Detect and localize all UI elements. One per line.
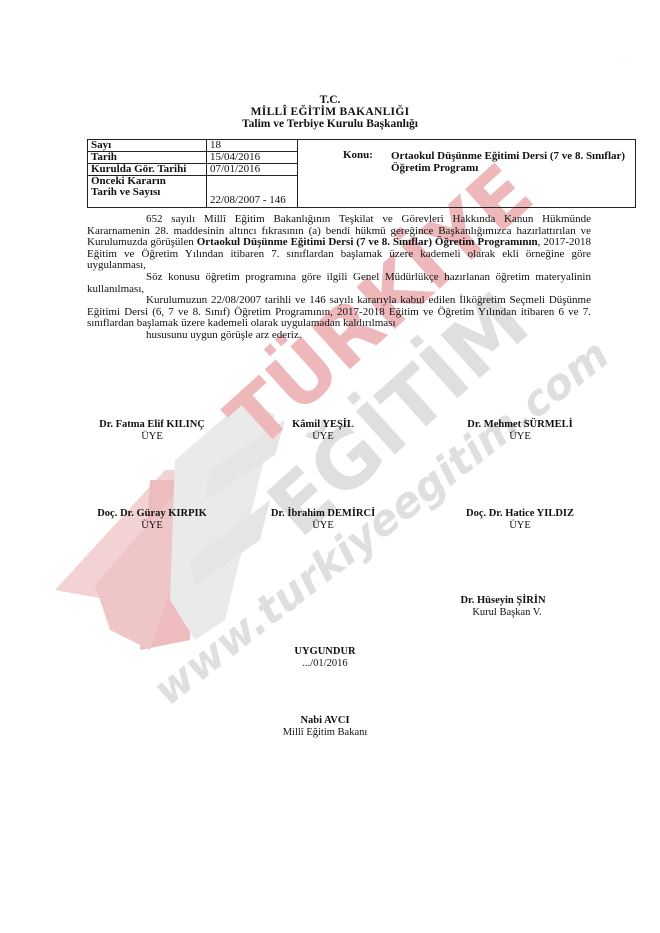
signatory-name: Dr. Fatma Elif KILINÇ <box>62 419 242 431</box>
signatory-name: Dr. İbrahim DEMİRCİ <box>233 508 413 520</box>
approval-date: .../01/2016 <box>235 658 415 670</box>
signature-block: Doç. Dr. Hatice YILDIZ ÜYE <box>430 508 610 531</box>
value-kurulda-gor-tarihi: 07/01/2016 <box>207 164 298 176</box>
value-sayi: 18 <box>207 140 298 152</box>
header-ministry: MİLLÎ EĞİTİM BAKANLIĞI <box>0 106 660 118</box>
minister-signature-block: Nabi AVCI Millî Eğitim Bakanı <box>235 715 415 738</box>
signatory-name: Doç. Dr. Hatice YILDIZ <box>430 508 610 520</box>
signature-block: Kâmil YEŞİL ÜYE <box>233 419 413 442</box>
document-page: · · T.C. MİLLÎ EĞİTİM BAKANLIĞI Talim ve… <box>0 0 660 933</box>
konu-text: Ortaokul Düşünme Eğitimi Dersi (7 ve 8. … <box>391 150 631 174</box>
paragraph-1: 652 sayılı Millî Eğitim Bakanlığının Teş… <box>87 214 591 272</box>
signatory-title: ÜYE <box>430 431 610 443</box>
label-tarih: Tarih <box>88 152 207 164</box>
approval-block: UYGUNDUR .../01/2016 <box>235 646 415 669</box>
label-kurulda-gor-tarihi: Kurulda Gör. Tarihi <box>88 164 207 176</box>
paragraph-2: Söz konusu öğretim programına göre ilgil… <box>87 272 591 295</box>
chair-name: Dr. Hüseyin ŞİRİN <box>428 595 578 607</box>
signature-block: Dr. İbrahim DEMİRCİ ÜYE <box>233 508 413 531</box>
approval-label: UYGUNDUR <box>235 646 415 658</box>
signature-block: Dr. Mehmet SÜRMELİ ÜYE <box>430 419 610 442</box>
closing-line: hususunu uygun görüşle arz ederiz. <box>87 330 591 342</box>
signatory-name: Kâmil YEŞİL <box>233 419 413 431</box>
decision-meta-table: Sayı 18 Konu:Ortaokul Düşünme Eğitimi De… <box>87 139 636 208</box>
signatory-title: ÜYE <box>430 520 610 532</box>
decision-body: 652 sayılı Millî Eğitim Bakanlığının Teş… <box>87 214 591 342</box>
konu-label: Konu: <box>343 150 391 161</box>
label-sayi: Sayı <box>88 140 207 152</box>
label-onceki-karar: Önceki KararınTarih ve Sayısı <box>88 176 207 208</box>
header-board: Talim ve Terbiye Kurulu Başkanlığı <box>0 118 660 130</box>
signatory-title: ÜYE <box>62 431 242 443</box>
signatory-name: Doç. Dr. Güray KIRPIK <box>62 508 242 520</box>
chair-signature-block: Dr. Hüseyin ŞİRİN Kurul Başkan V. <box>428 595 578 618</box>
signatory-title: ÜYE <box>62 520 242 532</box>
letterhead: T.C. MİLLÎ EĞİTİM BAKANLIĞI Talim ve Ter… <box>0 94 660 130</box>
p1-program-name: Ortaokul Düşünme Eğitimi Dersi (7 ve 8. … <box>197 236 538 248</box>
label-line-2: Tarih ve Sayısı <box>91 186 160 198</box>
signature-block: Doç. Dr. Güray KIRPIK ÜYE <box>62 508 242 531</box>
signatory-name: Dr. Mehmet SÜRMELİ <box>430 419 610 431</box>
signatory-title: ÜYE <box>233 520 413 532</box>
konu-line-2: Öğretim Programı <box>391 162 478 174</box>
signatory-title: ÜYE <box>233 431 413 443</box>
konu-cell: Konu:Ortaokul Düşünme Eğitimi Dersi (7 v… <box>298 140 636 208</box>
value-onceki-karar: 22/08/2007 - 146 <box>207 176 298 208</box>
minister-name: Nabi AVCI <box>235 715 415 727</box>
table-row: Sayı 18 Konu:Ortaokul Düşünme Eğitimi De… <box>88 140 636 152</box>
paragraph-3: Kurulumuzun 22/08/2007 tarihli ve 146 sa… <box>87 295 591 330</box>
minister-title: Millî Eğitim Bakanı <box>235 727 415 739</box>
chair-title: Kurul Başkan V. <box>428 607 578 619</box>
signature-block: Dr. Fatma Elif KILINÇ ÜYE <box>62 419 242 442</box>
konu-line-1: Ortaokul Düşünme Eğitimi Dersi (7 ve 8. … <box>391 150 625 162</box>
value-tarih: 15/04/2016 <box>207 152 298 164</box>
scan-marks: · · <box>620 55 635 61</box>
header-tc: T.C. <box>0 94 660 106</box>
